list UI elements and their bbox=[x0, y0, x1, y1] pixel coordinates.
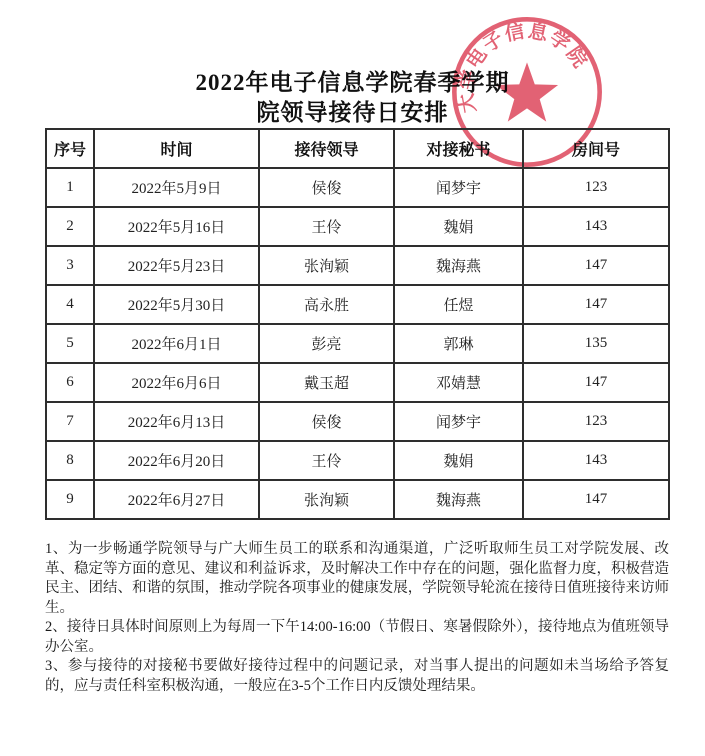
table-row: 3 2022年5月23日 张洵颖 魏海燕 147 bbox=[46, 246, 669, 285]
leader-cell: 彭亮 bbox=[259, 324, 394, 363]
room-cell: 147 bbox=[523, 285, 669, 324]
room-cell: 143 bbox=[523, 207, 669, 246]
note-3: 3、参与接待的对接秘书要做好接待过程中的问题记录，对当事人提出的问题如未当场给予… bbox=[45, 657, 669, 696]
secretary-cell: 魏海燕 bbox=[394, 480, 523, 519]
footer-notes: 1、为一步畅通学院领导与广大师生员工的联系和沟通渠道，广泛听取师生员工对学院发展… bbox=[45, 540, 669, 696]
date-cell: 2022年5月9日 bbox=[94, 168, 259, 207]
header-number: 序号 bbox=[46, 129, 94, 168]
row-number-cell: 9 bbox=[46, 480, 94, 519]
table-row: 6 2022年6月6日 戴玉超 邓婧慧 147 bbox=[46, 363, 669, 402]
date-cell: 2022年5月30日 bbox=[94, 285, 259, 324]
table-row: 4 2022年5月30日 高永胜 任煜 147 bbox=[46, 285, 669, 324]
leader-cell: 侯俊 bbox=[259, 402, 394, 441]
row-number-cell: 2 bbox=[46, 207, 94, 246]
title-line-1: 2022年电子信息学院春季学期 bbox=[0, 68, 705, 98]
reception-schedule-table: 序号 时间 接待领导 对接秘书 房间号 1 2022年5月9日 侯俊 闻梦宇 1… bbox=[45, 128, 670, 520]
row-number-cell: 6 bbox=[46, 363, 94, 402]
row-number-cell: 4 bbox=[46, 285, 94, 324]
page-title: 2022年电子信息学院春季学期 院领导接待日安排 bbox=[0, 68, 705, 128]
leader-cell: 侯俊 bbox=[259, 168, 394, 207]
secretary-cell: 魏娟 bbox=[394, 441, 523, 480]
date-cell: 2022年6月20日 bbox=[94, 441, 259, 480]
date-cell: 2022年6月13日 bbox=[94, 402, 259, 441]
note-2: 2、接待日具体时间原则上为每周一下午14:00-16:00（节假日、寒暑假除外）… bbox=[45, 618, 669, 657]
row-number-cell: 3 bbox=[46, 246, 94, 285]
date-cell: 2022年5月23日 bbox=[94, 246, 259, 285]
room-cell: 147 bbox=[523, 363, 669, 402]
header-leader: 接待领导 bbox=[259, 129, 394, 168]
secretary-cell: 魏娟 bbox=[394, 207, 523, 246]
table-header-row: 序号 时间 接待领导 对接秘书 房间号 bbox=[46, 129, 669, 168]
table-row: 7 2022年6月13日 侯俊 闻梦宇 123 bbox=[46, 402, 669, 441]
room-cell: 135 bbox=[523, 324, 669, 363]
room-cell: 123 bbox=[523, 168, 669, 207]
leader-cell: 张洵颖 bbox=[259, 480, 394, 519]
leader-cell: 高永胜 bbox=[259, 285, 394, 324]
date-cell: 2022年6月27日 bbox=[94, 480, 259, 519]
header-secretary: 对接秘书 bbox=[394, 129, 523, 168]
room-cell: 147 bbox=[523, 480, 669, 519]
header-date: 时间 bbox=[94, 129, 259, 168]
row-number-cell: 7 bbox=[46, 402, 94, 441]
room-cell: 143 bbox=[523, 441, 669, 480]
header-room: 房间号 bbox=[523, 129, 669, 168]
room-cell: 123 bbox=[523, 402, 669, 441]
note-1: 1、为一步畅通学院领导与广大师生员工的联系和沟通渠道，广泛听取师生员工对学院发展… bbox=[45, 540, 669, 618]
table-row: 5 2022年6月1日 彭亮 郭琳 135 bbox=[46, 324, 669, 363]
secretary-cell: 闻梦宇 bbox=[394, 402, 523, 441]
leader-cell: 张洵颖 bbox=[259, 246, 394, 285]
title-line-2: 院领导接待日安排 bbox=[0, 98, 705, 128]
leader-cell: 王伶 bbox=[259, 441, 394, 480]
row-number-cell: 1 bbox=[46, 168, 94, 207]
leader-cell: 戴玉超 bbox=[259, 363, 394, 402]
table-row: 1 2022年5月9日 侯俊 闻梦宇 123 bbox=[46, 168, 669, 207]
row-number-cell: 5 bbox=[46, 324, 94, 363]
table-row: 2 2022年5月16日 王伶 魏娟 143 bbox=[46, 207, 669, 246]
secretary-cell: 任煜 bbox=[394, 285, 523, 324]
secretary-cell: 郭琳 bbox=[394, 324, 523, 363]
secretary-cell: 邓婧慧 bbox=[394, 363, 523, 402]
date-cell: 2022年6月6日 bbox=[94, 363, 259, 402]
room-cell: 147 bbox=[523, 246, 669, 285]
date-cell: 2022年6月1日 bbox=[94, 324, 259, 363]
table-row: 9 2022年6月27日 张洵颖 魏海燕 147 bbox=[46, 480, 669, 519]
row-number-cell: 8 bbox=[46, 441, 94, 480]
secretary-cell: 闻梦宇 bbox=[394, 168, 523, 207]
secretary-cell: 魏海燕 bbox=[394, 246, 523, 285]
date-cell: 2022年5月16日 bbox=[94, 207, 259, 246]
document-page: 2022年电子信息学院春季学期 院领导接待日安排 大学电子信息学院 序号 时间 … bbox=[0, 0, 705, 756]
leader-cell: 王伶 bbox=[259, 207, 394, 246]
table-row: 8 2022年6月20日 王伶 魏娟 143 bbox=[46, 441, 669, 480]
